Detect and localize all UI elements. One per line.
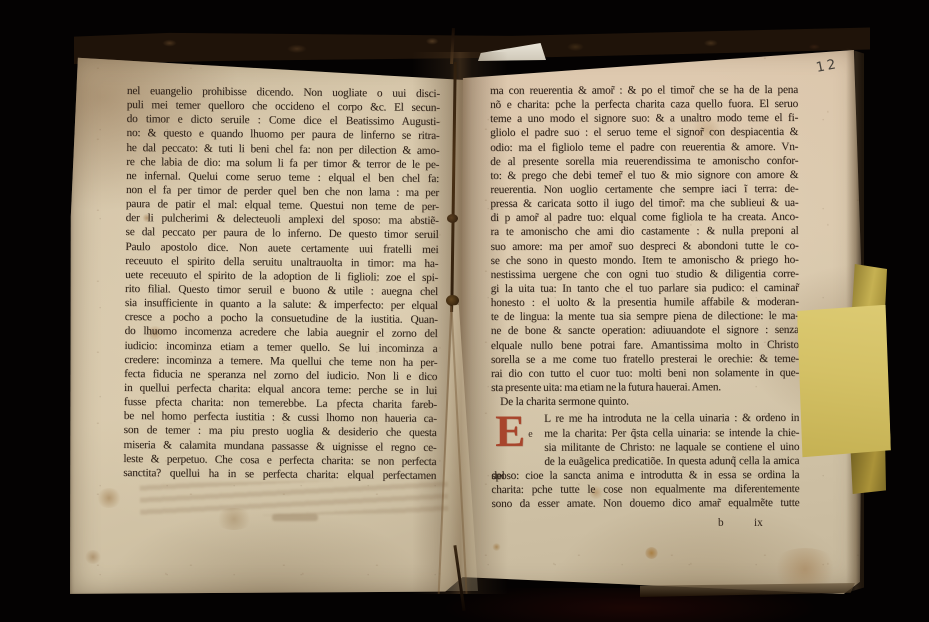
left-page-text-column: nel euangelio prohibisse dicendo. Non uo… [123,84,440,483]
text-line: rai dio con tutto el cuor tuo: molti ben… [491,366,799,381]
paragraph: ma con reuerentia & amor̃ : & po el timo… [490,83,799,381]
text-line: to: & prego che debi temer̃ el tuo & mio… [490,168,798,183]
text-line: reuerentia. Non uoglio certamente che se… [490,182,798,197]
signature-mark: b [718,517,724,529]
text-line: gliolo el padre suo : el seruo teme el s… [490,125,798,140]
text-line: se che sono in questo mondo. Item te amo… [491,253,799,268]
text-line: sposo: cioe la sancta anima e introdutta… [491,468,799,483]
text-line: suo amore: ma per amor̃ suo despreci & a… [491,238,799,253]
thread-knot [446,295,459,306]
signature-row: b ix [490,517,798,531]
text-line: sta presente uita: ma etiam ne la futura… [491,380,799,395]
text-line: ma con reuerentia & amor̃ : & po el timo… [490,83,798,98]
text-line: di p amor̃ al padre tuo: elqual come fig… [490,210,798,225]
paragraph-with-initial: E e L re me ha introduta ne la cella uin… [491,411,799,511]
text-line: nestissima uergene che con ogni tuo stud… [491,267,799,282]
yellow-bookmark-tab-curl-bottom [849,448,886,494]
text-line: de la euãgelica predicatiõe. In questa a… [491,454,799,469]
text-line: de al presente sorella mia reuerendissim… [490,154,798,169]
section-heading: De la charita sermone quinto. [491,394,799,409]
text-line: gi la uita tua: In tanto che el tuo parl… [491,281,799,296]
text-line: L re me ha introduta ne la cella uinaria… [491,411,799,426]
book-photograph: nel euangelio prohibisse dicendo. Non uo… [0,0,929,622]
text-line: sono da esser amate. Non douemo dico ama… [491,496,799,511]
text-line: honesto : el uolto & la presentia humile… [491,295,799,310]
text-line: ne de bone & sancte operation: adiuuando… [491,323,799,338]
show-through-text [272,514,318,521]
show-through-text [140,478,449,517]
text-line: pressa & caricata sotto il iugo del timo… [490,196,798,211]
text-line: me la charita: Per q̃sta cella uinaria: … [491,426,799,441]
paragraph: L re me ha introduta ne la cella uinaria… [491,411,799,511]
text-line: teme a uno modo el signore suo: & a unal… [490,111,798,126]
text-line: nõ e charita: pche la perfecta charita c… [490,97,798,112]
text-line: odio: ma el figliolo teme el padre con r… [490,139,798,154]
yellow-bookmark-tab [797,305,891,457]
right-page-text-column: ma con reuerentia & amor̃ : & po el timo… [490,83,799,512]
thread-knot [447,214,458,223]
text-line: te de lingua: la mente tua sia sempre pi… [491,309,799,324]
text-line: elquale nullo bene potrai fare. Amantiss… [491,337,799,352]
text-line: charita: pche tutte le cose non equalmen… [491,482,799,497]
text-line: sia militante de Christo: ne laquale se … [491,440,799,455]
text-line: ra te amonischo che ami dio castamente :… [490,224,798,239]
quire-mark: ix [754,517,763,529]
text-line: sorella se a me come tuo fratello preste… [491,352,799,367]
